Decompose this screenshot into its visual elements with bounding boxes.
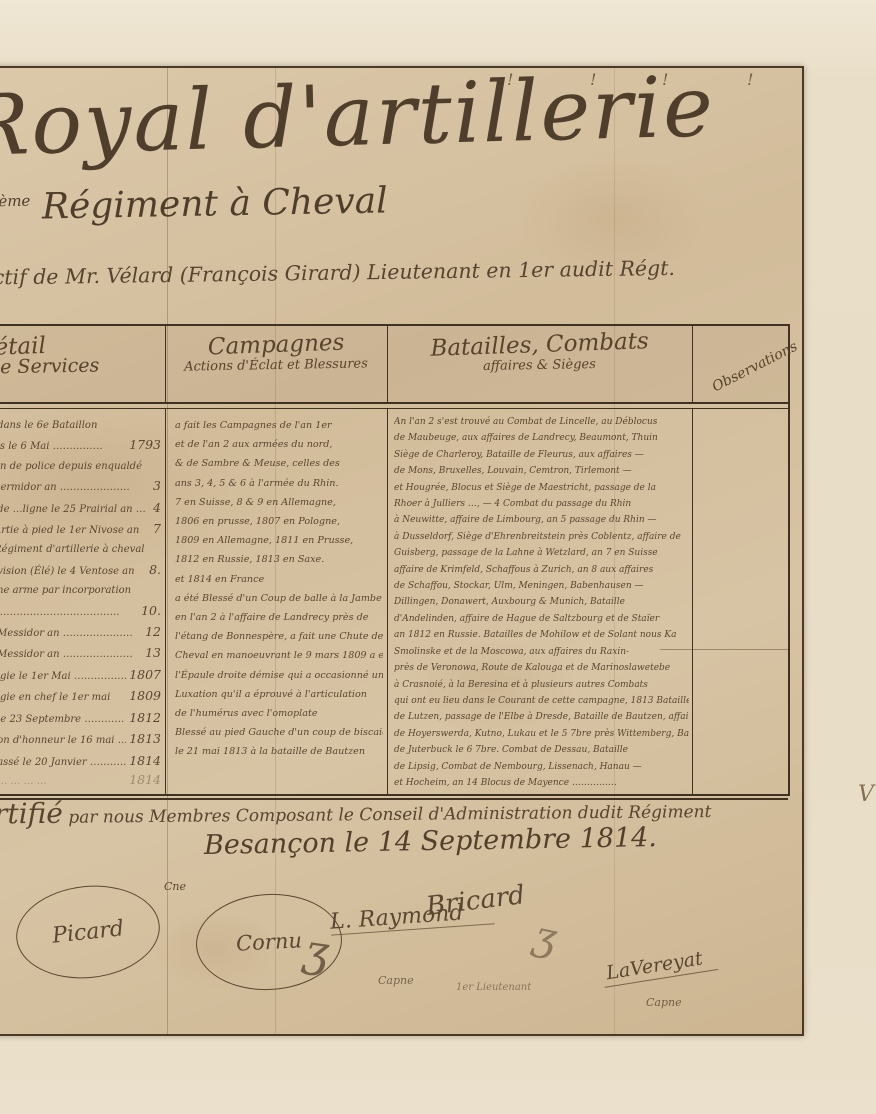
campagne-line: & de Sambre & Meuse, celles des [175, 454, 383, 473]
service-entry: …ogie en chef le 1er mai 1809 [0, 686, 161, 707]
bataille-line: affaire de Krimfeld, Schaffous à Zurich,… [394, 562, 689, 578]
bataille-line: de Lipsig, Combat de Nembourg, Lissenach… [394, 759, 689, 775]
bataille-line: An l'an 2 s'est trouvé au Combat de Linc… [394, 414, 689, 430]
paper-document: ! ! ! ! Royal d'artillerie =ème Régiment… [0, 66, 804, 1036]
pen-flourish: ʒ [529, 912, 561, 962]
table-body: … dans le 6e Bataillon …es le 6 Mai …………… [0, 408, 788, 794]
certification-lead-word: Certifié [0, 797, 63, 831]
bataille-line: an 1812 en Russie. Batailles de Mohilow … [394, 627, 689, 643]
bataille-line: de Mons, Bruxelles, Louvain, Cemtron, Ti… [394, 463, 689, 479]
campagne-line: et 1814 en France [175, 570, 383, 589]
bataille-line: Rhoer à Julliers …, — 4 Combat du passag… [394, 496, 689, 512]
regiment-ordinal: ème [0, 192, 30, 211]
service-entry: …me arme par incorporation [0, 581, 161, 600]
service-year: 1813 [126, 729, 161, 748]
column-divider [387, 408, 388, 794]
service-entry: … Messidor an ………………… 13 [0, 643, 161, 664]
signature-name: Picard [51, 916, 125, 948]
service-year: 1793 [126, 435, 161, 454]
service-text: …ogie le 1er Mai ……………… [0, 667, 126, 686]
bataille-line: qui ont eu lieu dans le Courant de cette… [394, 693, 689, 709]
service-text: … de …ligne le 25 Prairial an … [0, 500, 146, 519]
signature-picard: Picard [12, 879, 165, 986]
column-divider [692, 326, 693, 402]
signature-raymond-rank: Capne [378, 974, 414, 987]
bataille-line: de Schaffou, Stockar, Ulm, Meningen, Bab… [394, 578, 689, 594]
service-text: …hermidor an ………………… [0, 478, 130, 497]
bataille-line: à Neuwitte, affaire de Limbourg, an 5 pa… [394, 512, 689, 528]
regiment-name: Régiment à Cheval [42, 180, 388, 227]
service-year: 7 [150, 519, 161, 538]
service-year: 10. [138, 601, 161, 620]
campagne-line: 1809 en Allemagne, 1811 en Prusse, [175, 531, 383, 550]
campagne-line: le 21 mai 1813 à la bataille de Bautzen [175, 742, 383, 761]
observations-column [692, 408, 788, 794]
service-text: … … … … … [0, 772, 47, 791]
service-entry: …ion d'honneur le 16 mai …… 1813 [0, 729, 161, 750]
campagne-line: de l'humérus avec l'omoplate [175, 704, 383, 723]
campagne-line: en l'an 2 à l'affaire de Landrecy près d… [175, 608, 383, 627]
service-entry: …on de police depuis enqualdé [0, 457, 161, 476]
service-entry: …hermidor an ………………… 3 [0, 476, 161, 497]
fold-crease-horizontal [660, 649, 788, 650]
service-year: 1809 [126, 686, 161, 705]
campagne-line: l'étang de Bonnespère, a fait une Chute … [175, 627, 383, 646]
campagne-line: a été Blessé d'un Coup de balle à la Jam… [175, 589, 383, 608]
bataille-line: et Hocheim, an 14 Blocus de Mayence …………… [394, 775, 689, 791]
regiment-line: =ème Régiment à Cheval [0, 180, 388, 228]
service-entry: … dans le 6e Bataillon [0, 416, 161, 435]
service-text: …ogie en chef le 1er mai [0, 688, 110, 707]
service-entry: …es le 6 Mai …………… 1793 [0, 435, 161, 456]
service-text: …ivision (Élé) le 4 Ventose an [0, 562, 135, 581]
service-text: …ion d'honneur le 16 mai …… [0, 731, 126, 750]
campagne-line: ans 3, 4, 5 & 6 à l'armée du Rhin. [175, 474, 383, 493]
column-divider [165, 326, 166, 402]
campagne-line: Luxation qu'il a éprouvé à l'articulatio… [175, 685, 383, 704]
service-entry: … de …ligne le 25 Prairial an … 4 [0, 498, 161, 519]
column-divider [165, 408, 166, 794]
campagne-line: 7 en Suisse, 8 & 9 en Allemagne, [175, 493, 383, 512]
service-entry: …Régiment d'artillerie à cheval [0, 540, 161, 559]
framed-document: ! ! ! ! Royal d'artillerie =ème Régiment… [0, 0, 876, 1114]
signature-name: Cornu [236, 928, 303, 955]
bataille-line: Dillingen, Donawert, Auxbourg & Munich, … [394, 594, 689, 610]
certification-line: Certifié par nous Membres Composant le C… [0, 790, 806, 830]
service-text: …es le 6 Mai …………… [0, 437, 103, 456]
service-year: 13 [142, 643, 161, 662]
service-text: …Régiment d'artillerie à cheval [0, 540, 145, 559]
service-text: an ……………………………… [0, 603, 120, 622]
campagne-line: l'Épaule droite démise qui a occasionné … [175, 666, 383, 685]
service-year: 1812 [126, 708, 161, 727]
bataille-line: de Maubeuge, aux affaires de Landrecy, B… [394, 430, 689, 446]
service-year: 3 [150, 476, 161, 495]
service-text: …me arme par incorporation [0, 581, 131, 600]
signature-lavereyat-rank: Capne [646, 996, 682, 1009]
service-entry: …ogie le 1er Mai ……………… 1807 [0, 665, 161, 686]
table-header: Détail de Services Campagnes Actions d'É… [0, 326, 788, 402]
service-year: 4 [150, 498, 161, 517]
campagne-line: Blessé au pied Gauche d'un coup de bisca… [175, 723, 383, 742]
service-year: 12 [142, 622, 161, 641]
service-text: … Messidor an ………………… [0, 624, 133, 643]
bataille-line: à Dusseldorf, Siège d'Ehrenbreitstein pr… [394, 529, 689, 545]
campagne-line: et de l'an 2 aux armées du nord, [175, 435, 383, 454]
place-date-line: Besançon le 14 Septembre 1814. [204, 822, 657, 861]
service-text: … Messidor an ………………… [0, 645, 133, 664]
bataille-line: d'Andelinden, affaire de Hague de Saltzb… [394, 611, 689, 627]
service-text: … le 23 Septembre ………… [0, 710, 124, 729]
service-entry: … le 23 Septembre ………… 1812 [0, 708, 161, 729]
service-record-table: Détail de Services Campagnes Actions d'É… [0, 324, 790, 796]
service-entry: an ……………………………… 10. [0, 601, 161, 622]
campagne-line: 1806 en prusse, 1807 en Pologne, [175, 512, 383, 531]
bataille-line: de Juterbuck le 6 7bre. Combat de Dessau… [394, 742, 689, 758]
service-year: 1814 [126, 770, 161, 789]
column-header-campagnes: Campagnes Actions d'Éclat et Blessures [165, 326, 387, 402]
bataille-line: à Crasnoié, à la Beresina et à plusieurs… [394, 677, 689, 693]
services-column: … dans le 6e Bataillon …es le 6 Mai …………… [0, 408, 165, 794]
bataille-line: de Lutzen, passage de l'Elbe à Dresde, B… [394, 709, 689, 725]
bataille-line: de Hoyerswerda, Kutno, Lukau et le 5 7br… [394, 726, 689, 742]
service-text: …on de police depuis enqualdé [0, 457, 142, 476]
signature-bricard: Bricard [425, 880, 527, 922]
bataille-line: Smolinske et de la Moscowa, aux affaires… [394, 644, 689, 660]
service-entry: … Messidor an ………………… 12 [0, 622, 161, 643]
signature-lavereyat: LaVereyat [601, 945, 719, 988]
service-text: …Artie à pied le 1er Nivose an [0, 521, 139, 540]
service-year: 8. [146, 560, 161, 579]
signature-bricard-rank: 1er Lieutenant [456, 982, 531, 993]
col2-subtitle: Actions d'Éclat et Blessures [165, 356, 387, 376]
column-divider [692, 408, 693, 794]
col4-title: Observations [704, 328, 804, 400]
campagne-line: 1812 en Russie, 1813 en Saxe. [175, 550, 383, 569]
officer-line: Actif de Mr. Vélard (François Girard) Li… [0, 254, 788, 289]
bataille-line: et Hougrée, Blocus et Siège de Maestrich… [394, 480, 689, 496]
column-header-details: Détail de Services [0, 326, 165, 402]
campagne-line: Cheval en manoeuvrant le 9 mars 1809 a e… [175, 646, 383, 665]
margin-pen-mark: V [858, 782, 874, 807]
service-year: 1807 [126, 665, 161, 684]
batailles-column: An l'an 2 s'est trouvé au Combat de Linc… [387, 408, 692, 794]
service-text: … dans le 6e Bataillon [0, 416, 97, 435]
column-header-batailles: Batailles, Combats affaires & Sièges [387, 326, 692, 402]
col1-subtitle: de Services [0, 356, 165, 375]
document-title: Royal d'artillerie [0, 55, 797, 175]
campagnes-column: a fait les Campagnes de l'an 1er et de l… [165, 408, 387, 794]
bataille-line: près de Veronowa, Route de Kalouga et de… [394, 660, 689, 676]
column-header-observations: Observations [692, 326, 788, 402]
bataille-line: Guisberg, passage de la Lahne à Wetzlard… [394, 545, 689, 561]
service-entry: …Artie à pied le 1er Nivose an 7 [0, 519, 161, 540]
bataille-line: Siège de Charleroy, Bataille de Fleurus,… [394, 447, 689, 463]
services-faded-entry: … … … … … 1814 [0, 762, 165, 794]
column-divider [387, 326, 388, 402]
signature-picard-rank: Cne [164, 880, 186, 893]
service-entry: …ivision (Élé) le 4 Ventose an 8. [0, 560, 161, 581]
campagne-line: a fait les Campagnes de l'an 1er [175, 416, 383, 435]
